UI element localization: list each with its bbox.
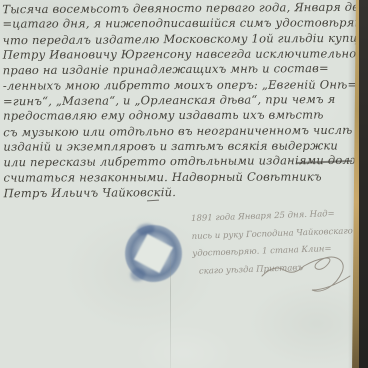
signature-underline xyxy=(147,200,159,202)
manuscript-line-8: предоставляю ему одному издавать ихъ вмѣ… xyxy=(3,108,365,125)
manuscript-page: Тысяча восемьсотъ девяносто перваго года… xyxy=(0,0,368,368)
stamp-center-diamond xyxy=(134,234,173,273)
scan-background-edge xyxy=(359,0,368,368)
manuscript-line-12: считаться незаконными. Надворный Совѣтни… xyxy=(4,169,366,186)
manuscript-line-2: =цатаго дня, я нижеподписавшійся симъ уд… xyxy=(2,16,364,33)
notary-signature-flourish xyxy=(258,250,358,300)
manuscript-line-5: право на изданіе принадлежащихъ мнѣ и со… xyxy=(3,61,365,79)
manuscript-line-10: изданій и экземпляровъ и затѣмъ всякія в… xyxy=(3,138,365,155)
manuscript-line-13: Петръ Ильичъ Чайковскій. xyxy=(4,184,366,202)
fold-crease xyxy=(170,246,171,368)
manuscript-text: Тысяча восемьсотъ девяносто перваго года… xyxy=(2,0,365,202)
round-ink-stamp xyxy=(120,220,186,286)
manuscript-line-6: -ленныхъ мною либретто моихъ оперъ: „Евг… xyxy=(3,77,365,94)
manuscript-line-4: Петру Ивановичу Юргенсону навсегда исклю… xyxy=(3,46,365,63)
